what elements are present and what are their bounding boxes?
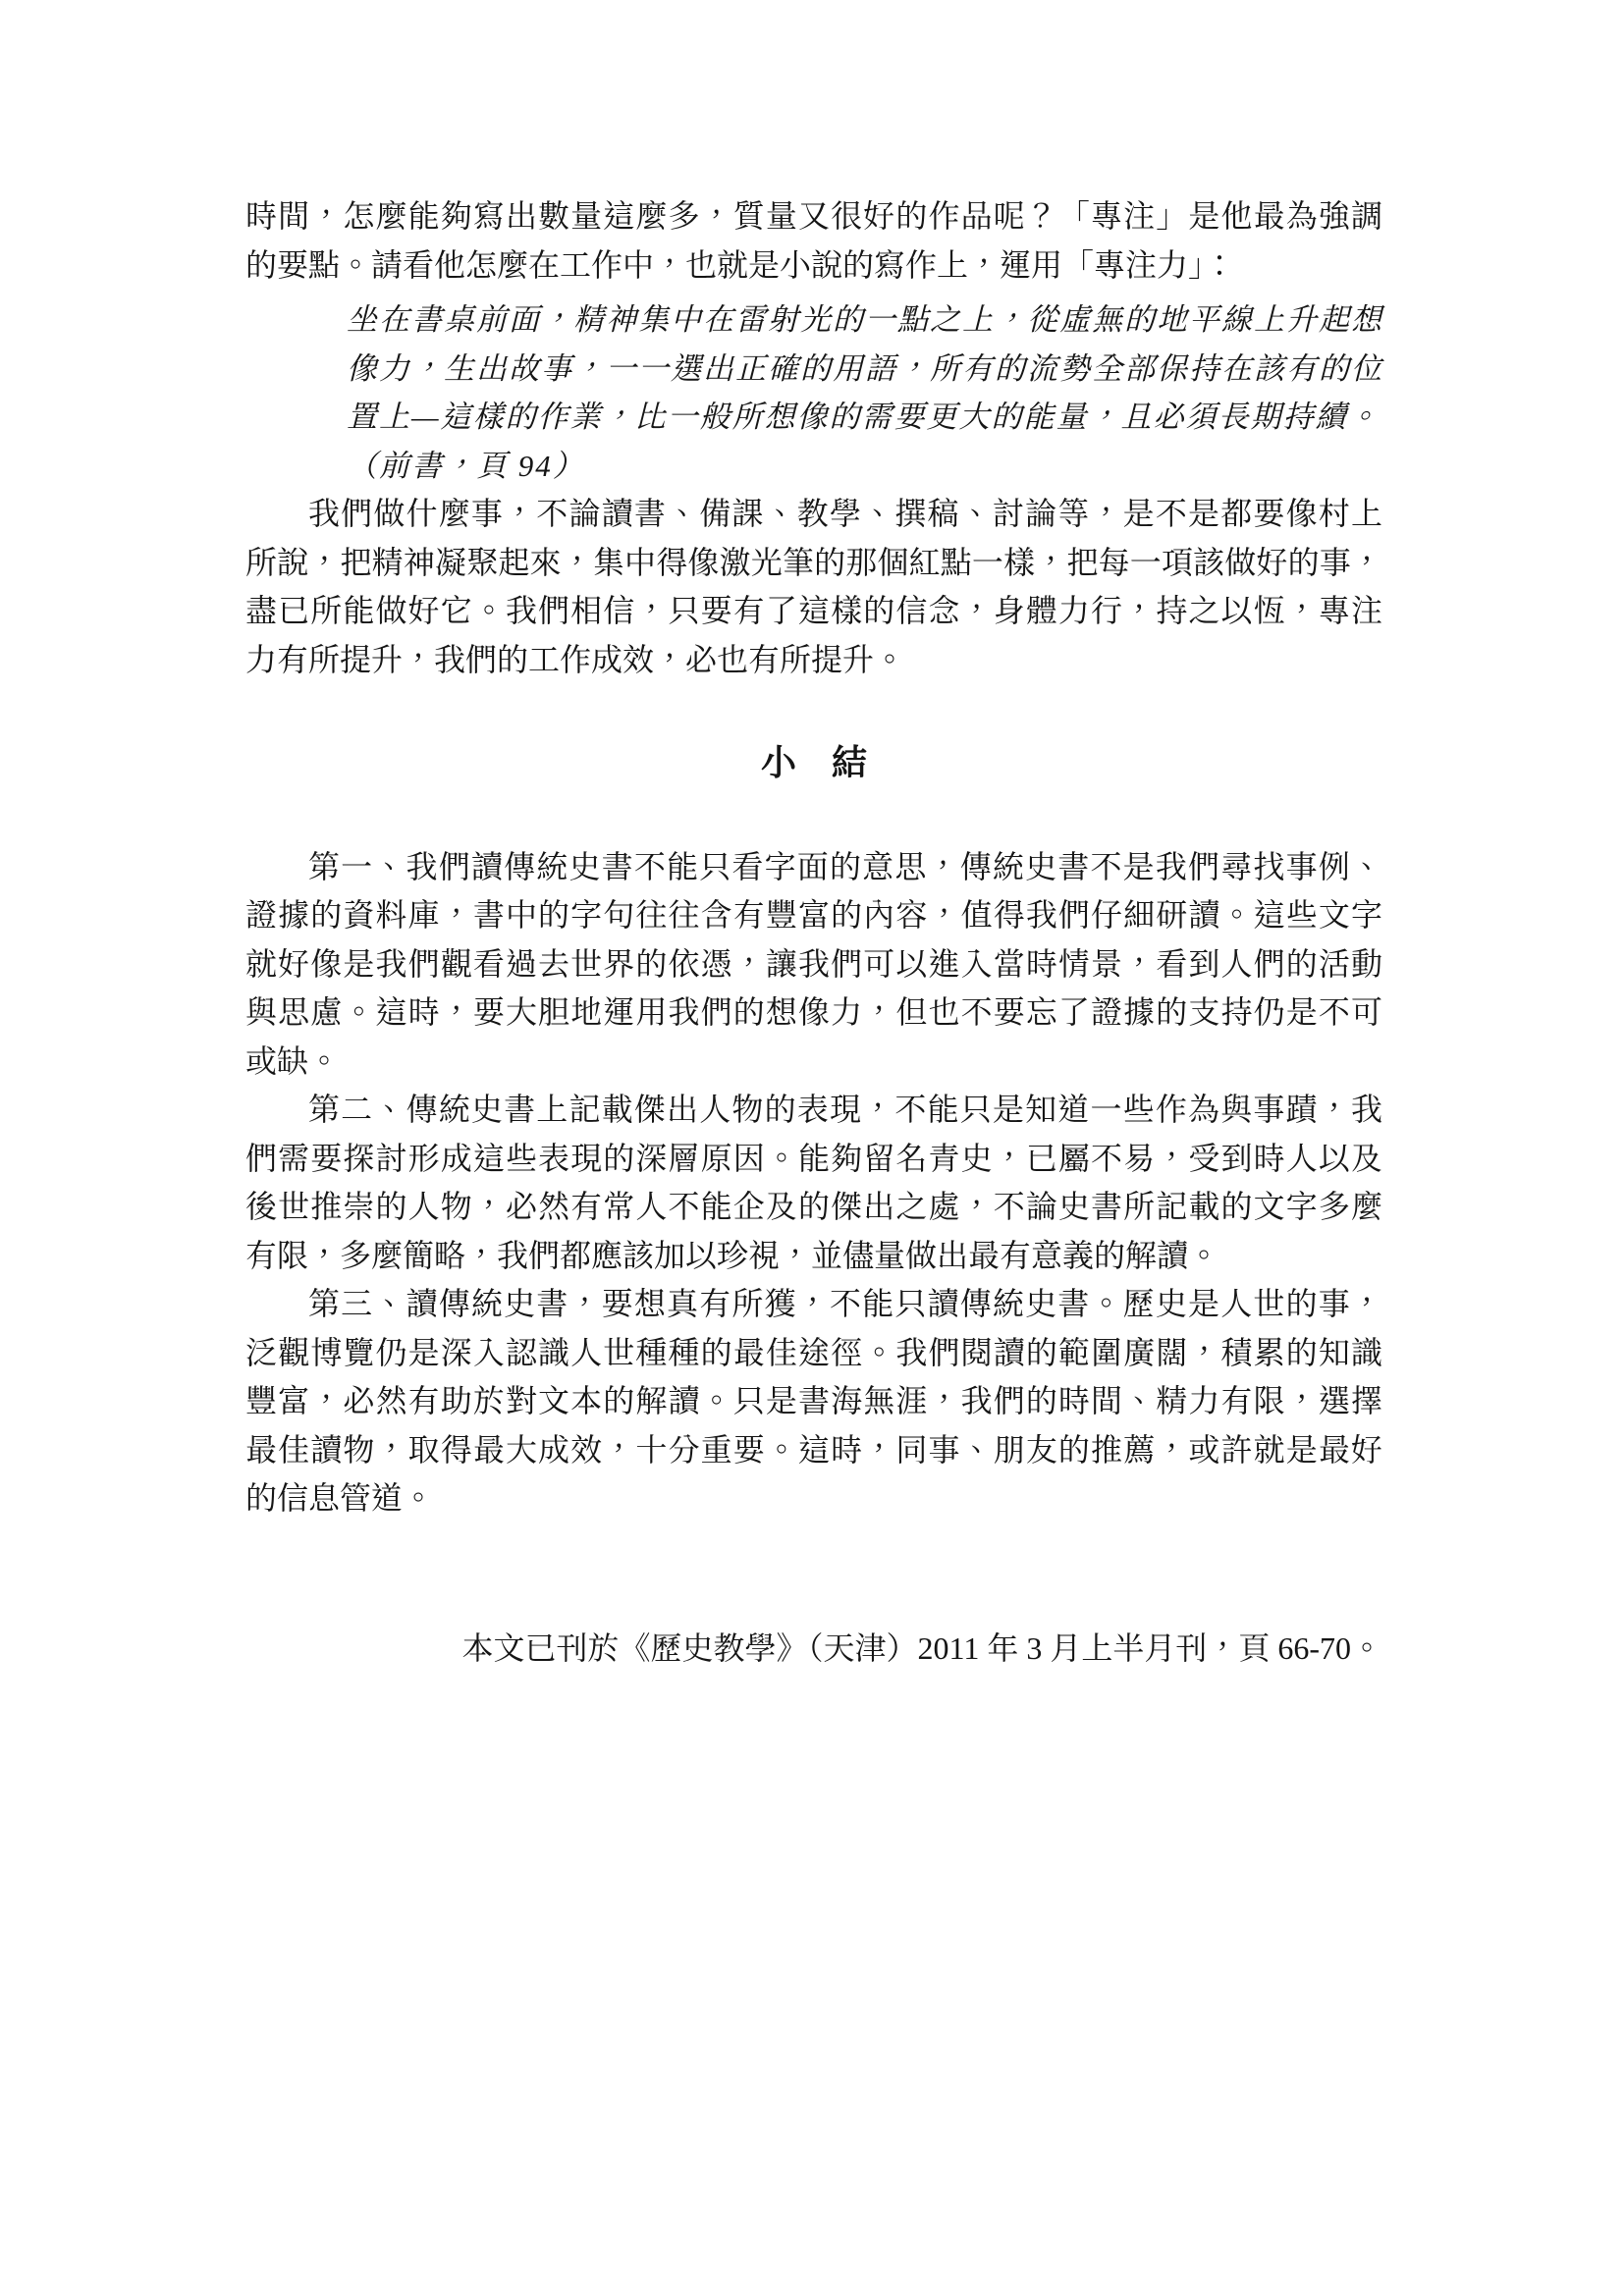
body-line: 最佳讀物，取得最大成效，十分重要。這時，同事、朋友的推薦，或許就是最好 (245, 1426, 1382, 1475)
intro-paragraph: 時間，怎麼能夠寫出數量這麼多，質量又很好的作品呢？「專注」是他最為強調 的要點。… (245, 192, 1382, 290)
body-line: 有限，多麼簡略，我們都應該加以珍視，並儘量做出最有意義的解讀。 (245, 1232, 1382, 1281)
body-line: 與思慮。這時，要大胆地運用我們的想像力，但也不要忘了證據的支持仍是不可 (245, 988, 1382, 1038)
body-line: 第二、傳統史書上記載傑出人物的表現，不能只是知道一些作為與事蹟，我 (245, 1086, 1382, 1135)
after-quote-paragraph: 我們做什麼事，不論讀書、備課、教學、撰稿、討論等，是不是都要像村上 所說，把精神… (245, 490, 1382, 684)
body-line: 第一、我們讀傳統史書不能只看字面的意思，傳統史書不是我們尋找事例、 (245, 843, 1382, 892)
summary-paragraph-1: 第一、我們讀傳統史書不能只看字面的意思，傳統史書不是我們尋找事例、 證據的資料庫… (245, 843, 1382, 1087)
body-line: 我們做什麼事，不論讀書、備課、教學、撰稿、討論等，是不是都要像村上 (245, 490, 1382, 539)
quote-block: 坐在書桌前面，精神集中在雷射光的一點之上，從虛無的地平線上升起想 像力，生出故事… (347, 295, 1382, 490)
publication-note: 本文已刊於《歷史教學》（天津）2011 年 3 月上半月刊，頁 66-70。 (245, 1625, 1382, 1674)
body-line: 泛觀博覽仍是深入認識人世種種的最佳途徑。我們閱讀的範圍廣闊，積累的知識 (245, 1329, 1382, 1378)
body-line: 後世推崇的人物，必然有常人不能企及的傑出之處，不論史書所記載的文字多麼 (245, 1183, 1382, 1232)
section-heading: 小 結 (245, 739, 1382, 788)
quote-attribution: （前書，頁 94） (347, 442, 1382, 491)
body-line: 證據的資料庫，書中的字句往往含有豐富的內容，值得我們仔細研讀。這些文字 (245, 891, 1382, 940)
document-page: 時間，怎麼能夠寫出數量這麼多，質量又很好的作品呢？「專注」是他最為強調 的要點。… (0, 0, 1624, 2296)
quote-line: 坐在書桌前面，精神集中在雷射光的一點之上，從虛無的地平線上升起想 (347, 295, 1382, 345)
body-line: 所說，把精神凝聚起來，集中得像激光筆的那個紅點一樣，把每一項該做好的事， (245, 539, 1382, 588)
summary-paragraph-3: 第三、讀傳統史書，要想真有所獲，不能只讀傳統史書。歷史是人世的事， 泛觀博覽仍是… (245, 1280, 1382, 1523)
body-line: 的信息管道。 (245, 1474, 1382, 1523)
body-line: 的要點。請看他怎麼在工作中，也就是小說的寫作上，運用「專注力」： (245, 241, 1382, 291)
body-line: 時間，怎麼能夠寫出數量這麼多，質量又很好的作品呢？「專注」是他最為強調 (245, 192, 1382, 241)
body-line: 或缺。 (245, 1038, 1382, 1087)
body-line: 力有所提升，我們的工作成效，必也有所提升。 (245, 636, 1382, 685)
body-line: 豐富，必然有助於對文本的解讀。只是書海無涯，我們的時間、精力有限，選擇 (245, 1377, 1382, 1426)
quote-line: 像力，生出故事，一一選出正確的用語，所有的流勢全部保持在該有的位 (347, 345, 1382, 394)
body-line: 們需要探討形成這些表現的深層原因。能夠留名青史，已屬不易，受到時人以及 (245, 1135, 1382, 1184)
body-line: 第三、讀傳統史書，要想真有所獲，不能只讀傳統史書。歷史是人世的事， (245, 1280, 1382, 1329)
body-line: 盡已所能做好它。我們相信，只要有了這樣的信念，身體力行，持之以恆，專注 (245, 587, 1382, 636)
body-line: 就好像是我們觀看過去世界的依憑，讓我們可以進入當時情景，看到人們的活動 (245, 940, 1382, 989)
text-column: 時間，怎麼能夠寫出數量這麼多，質量又很好的作品呢？「專注」是他最為強調 的要點。… (245, 192, 1382, 1523)
quote-line: 置上—這樣的作業，比一般所想像的需要更大的能量，且必須長期持續。 (347, 393, 1382, 442)
summary-paragraph-2: 第二、傳統史書上記載傑出人物的表現，不能只是知道一些作為與事蹟，我 們需要探討形… (245, 1086, 1382, 1280)
